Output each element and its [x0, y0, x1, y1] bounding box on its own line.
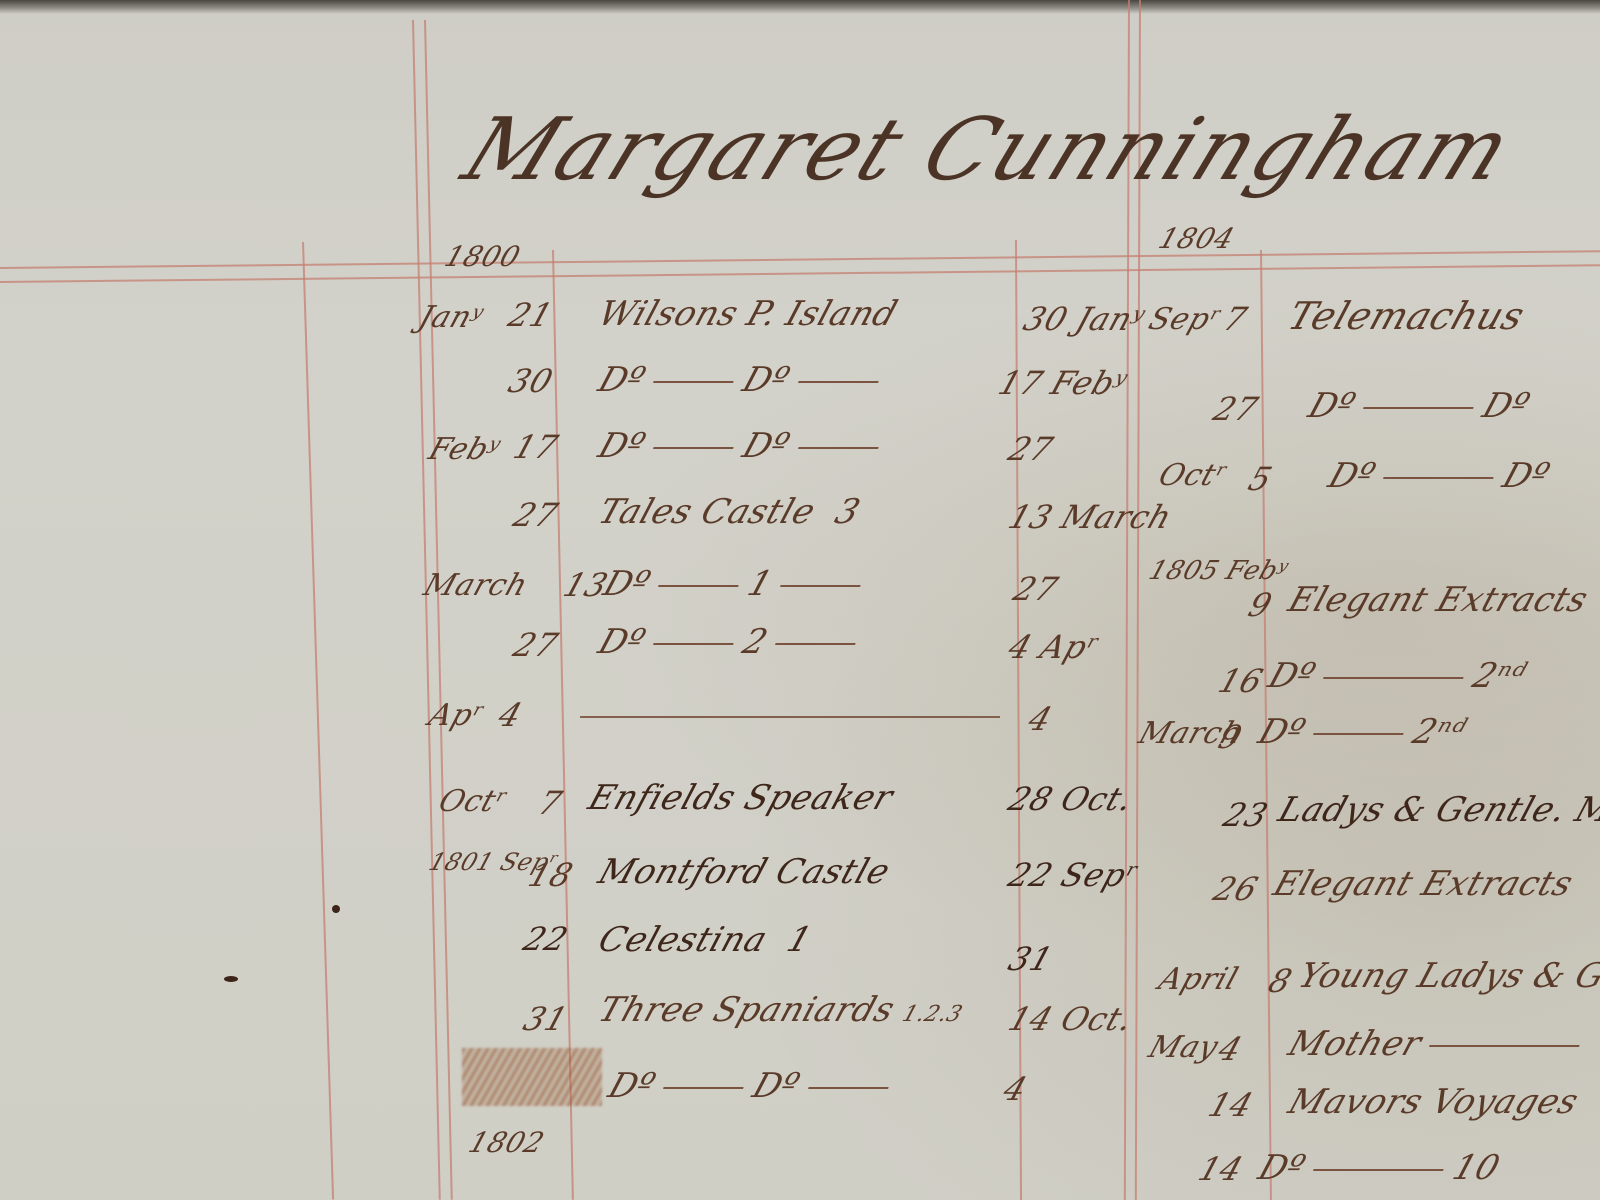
- ditto-mark: Dº: [604, 1066, 661, 1106]
- ink-spot: [332, 905, 340, 913]
- ditto-mark: Dº: [1254, 1148, 1311, 1188]
- entry-day: 7: [534, 784, 567, 822]
- entry-month: May: [1144, 1030, 1222, 1065]
- entry-month: Octʳ: [1154, 458, 1231, 493]
- entry-returned: 22 Sepʳ: [1004, 856, 1143, 894]
- ditto-mark: Dº: [1254, 712, 1311, 752]
- entry-returned: 17 Febʸ: [994, 364, 1132, 402]
- ditto-mark: Dº: [594, 622, 651, 662]
- entry-month: Janʸ: [414, 300, 487, 335]
- entry-day: 17: [509, 428, 563, 466]
- entry-returned: 4 Apʳ: [1004, 628, 1104, 666]
- entry-book: Dº2ⁿᵈ: [1254, 712, 1472, 752]
- entry-book: Mother: [1284, 1024, 1597, 1064]
- entry-month: Apʳ: [424, 698, 488, 733]
- entry-book: Enfields Speaker: [584, 778, 899, 818]
- ink-spot: [224, 976, 238, 982]
- dash-line: [1363, 407, 1474, 409]
- entry-day: 14: [1204, 1086, 1258, 1124]
- dash-line: [1383, 477, 1494, 479]
- entry-day: 14: [1194, 1150, 1248, 1188]
- ruling-line-vertical: [424, 20, 453, 1200]
- entry-month: Sepʳ: [1144, 302, 1225, 337]
- entry-book: Elegant Extracts: [1269, 864, 1579, 904]
- ruling-line-vertical: [302, 242, 334, 1200]
- entry-returned: 31: [1004, 940, 1058, 978]
- entry-month: Febʸ: [424, 432, 504, 467]
- entry-month: April: [1154, 962, 1242, 997]
- entry-book: Dº1: [599, 564, 878, 604]
- ditto-mark: Dº: [594, 360, 651, 400]
- entry-day: 30: [504, 362, 558, 400]
- entry-book: DºDº: [604, 1066, 905, 1106]
- entry-book: Ladys & Gentle. Ma: [1274, 790, 1600, 830]
- entry-day: 22: [519, 920, 573, 958]
- ditto-mark: Dº: [738, 426, 795, 466]
- entry-book: Dº2: [594, 622, 873, 662]
- ditto-mark: Dº: [738, 360, 795, 400]
- volume-number: 1: [743, 564, 778, 604]
- entry-book: Tales Castle 3: [594, 492, 866, 532]
- volume-number: 3: [830, 492, 865, 532]
- entry-book: Dº10: [1254, 1148, 1506, 1188]
- entry-day: 23: [1219, 796, 1273, 834]
- entry-month: March: [419, 568, 532, 603]
- year-header-right: 1804: [1155, 222, 1239, 255]
- volume-number: 1: [782, 920, 817, 960]
- entry-month: Octʳ: [434, 784, 511, 819]
- dash-line: [780, 585, 861, 587]
- ditto-mark: Dº: [1478, 386, 1535, 426]
- dash-line: [653, 447, 734, 449]
- entry-day: 16: [1214, 662, 1268, 700]
- entry-returned: 4: [1024, 700, 1057, 738]
- entry-returned: 4: [999, 1070, 1032, 1108]
- entry-book: DºDº: [594, 360, 895, 400]
- entry-book: Elegant Extracts: [1284, 580, 1594, 620]
- dash-line: [808, 1087, 889, 1089]
- entry-returned: 14 Oct.: [1004, 1000, 1138, 1038]
- entry-day: 27: [509, 496, 563, 534]
- entry-returned: 28 Oct.: [1004, 780, 1138, 818]
- entry-day: 5: [1244, 460, 1277, 498]
- dash-line: [1313, 1169, 1444, 1171]
- ditto-mark: Dº: [1324, 456, 1381, 496]
- volume-number: 10: [1448, 1148, 1505, 1188]
- dash-line: [798, 381, 879, 383]
- volume-number: 2ⁿᵈ: [1408, 712, 1472, 752]
- entry-day: 26: [1209, 870, 1263, 908]
- ruling-line-horizontal: [0, 264, 1600, 283]
- entry-book: Three Spaniards 1.2.3: [594, 990, 970, 1030]
- entry-day: 4: [494, 696, 527, 734]
- entry-book: Montford Castle: [594, 852, 896, 892]
- book-title: Tales Castle: [594, 492, 821, 532]
- ditto-mark: Dº: [748, 1066, 805, 1106]
- year-header-left: 1800: [441, 240, 525, 273]
- ditto-mark: Dº: [1304, 386, 1361, 426]
- entry-day: 21: [504, 296, 558, 334]
- ditto-mark: Dº: [1264, 656, 1321, 696]
- ink-smudge: [462, 1048, 602, 1106]
- dash-line: [1313, 733, 1404, 735]
- entry-returned: 13 March: [1004, 498, 1177, 536]
- dash-line: [663, 1087, 744, 1089]
- entry-month: 1805 Febʸ: [1145, 556, 1292, 586]
- dash-line: [653, 643, 734, 645]
- entry-book: Telemachus: [1283, 294, 1530, 338]
- volume-number: 2ⁿᵈ: [1468, 656, 1532, 696]
- entry-book: DºDº: [1324, 456, 1555, 496]
- cancel-line: [580, 716, 1000, 718]
- entry-returned: 30 Janʸ: [1019, 300, 1150, 338]
- dash-line: [653, 381, 734, 383]
- book-title: Mother: [1284, 1024, 1427, 1064]
- book-title: Celestina: [594, 920, 773, 960]
- entry-book: DºDº: [1304, 386, 1535, 426]
- dash-line: [658, 585, 739, 587]
- dash-line: [1323, 677, 1464, 679]
- entry-book: Mavors Voyages: [1284, 1082, 1584, 1122]
- volume-number: 2: [738, 622, 773, 662]
- volume-number: 1.2.3: [899, 1002, 966, 1027]
- ditto-mark: Dº: [594, 426, 651, 466]
- entry-returned: 27: [1004, 430, 1058, 468]
- ditto-mark: Dº: [1498, 456, 1555, 496]
- entry-book: DºDº: [594, 426, 895, 466]
- borrower-name: Margaret Cunningham: [450, 100, 1527, 200]
- entry-book: Wilsons P. Island: [594, 294, 903, 334]
- page-edge-shadow: [0, 0, 1600, 14]
- ledger-page: Margaret Cunningham 1800 Janʸ 21 Wilsons…: [0, 0, 1600, 1200]
- dash-line: [1429, 1045, 1580, 1047]
- year-footer-left: 1802: [465, 1126, 549, 1159]
- entry-book: Young Ladys & G.: [1294, 956, 1600, 996]
- entry-book: Dº2ⁿᵈ: [1264, 656, 1532, 696]
- dash-line: [775, 643, 856, 645]
- entry-book: Celestina 1: [594, 920, 818, 960]
- dash-line: [798, 447, 879, 449]
- entry-day: 9: [1244, 586, 1277, 624]
- book-title: Three Spaniards: [594, 990, 900, 1030]
- entry-day: 27: [1209, 390, 1263, 428]
- entry-day: 27: [509, 626, 563, 664]
- entry-day: 31: [519, 1000, 573, 1038]
